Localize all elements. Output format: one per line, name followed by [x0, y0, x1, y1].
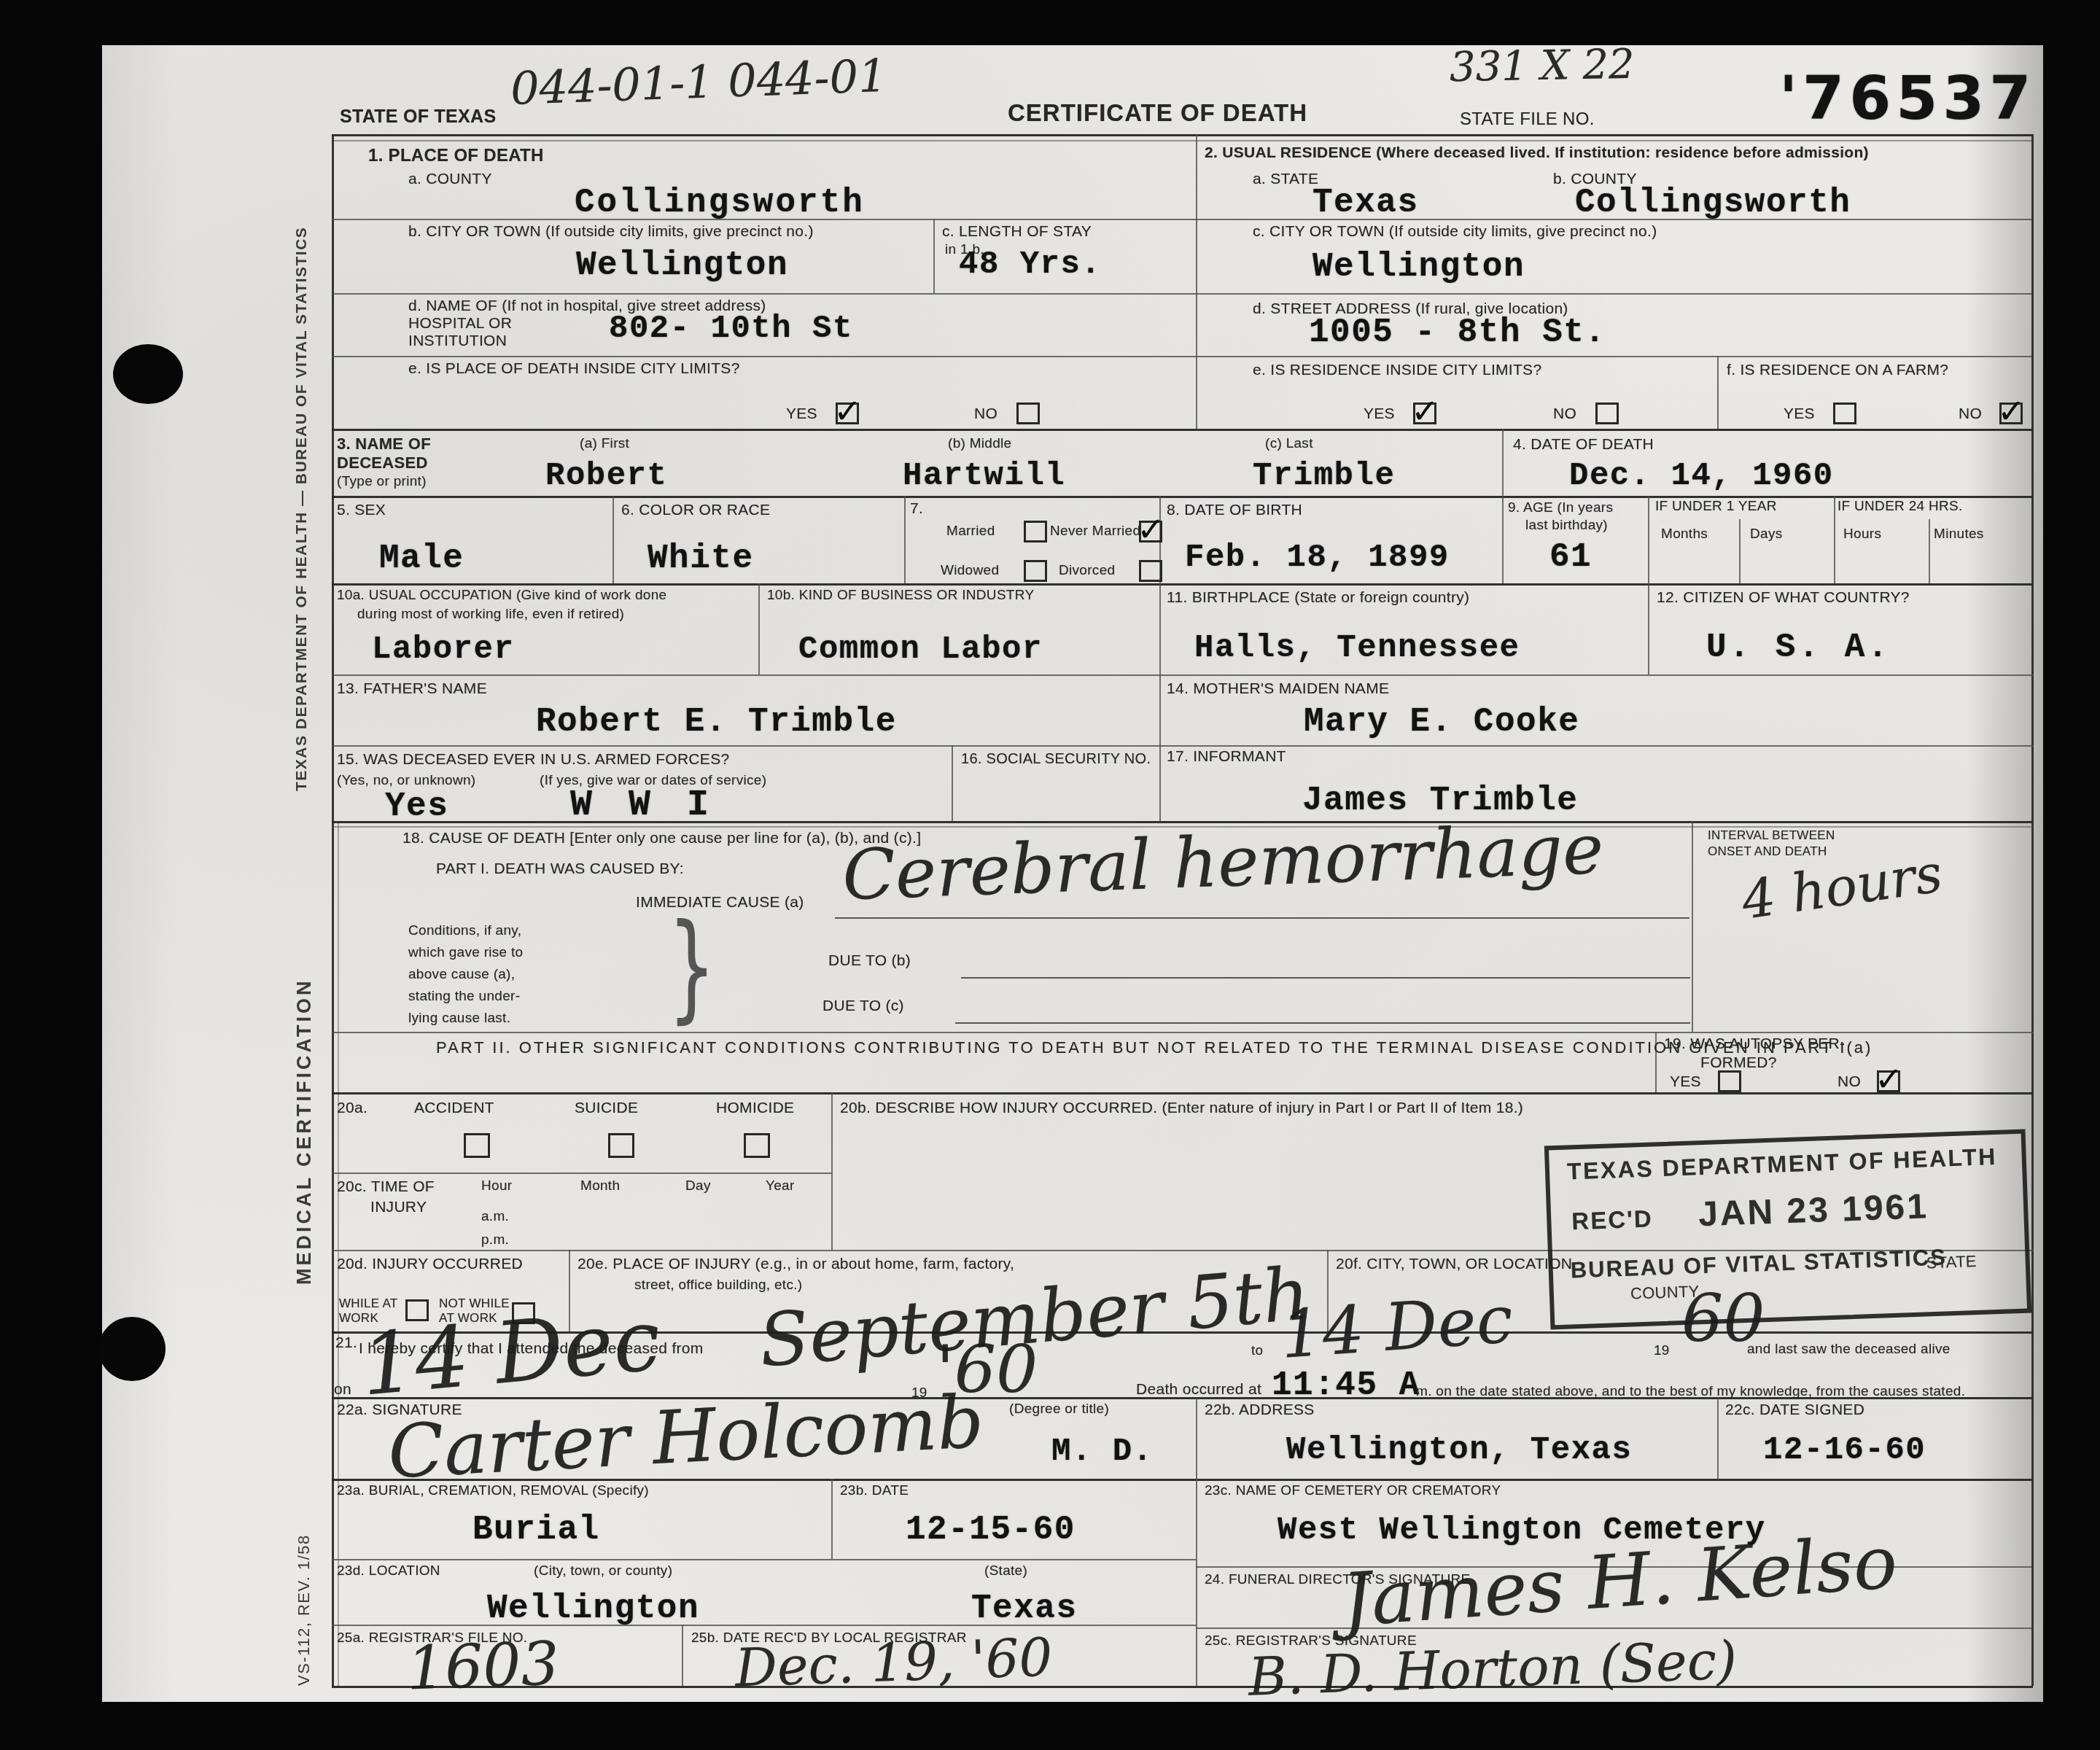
conditions-note-4: stating the under- — [408, 989, 520, 1005]
div — [1159, 674, 1161, 745]
field-1d-label-2: HOSPITAL OR — [408, 315, 512, 332]
certify-text-1b: and last saw the deceased alive — [1747, 1342, 1951, 1358]
div — [1929, 519, 1930, 583]
field-1a-label: a. COUNTY — [408, 171, 492, 188]
field-20a-accident-label: ACCIDENT — [414, 1100, 494, 1117]
div — [682, 1625, 683, 1686]
field-4-label: 4. DATE OF DEATH — [1513, 436, 1654, 454]
stamp-line-1: TEXAS DEPARTMENT OF HEALTH — [1566, 1143, 1997, 1186]
field-2e-no-label: NO — [1553, 405, 1576, 423]
state-of-texas-label: STATE OF TEXAS — [340, 106, 496, 128]
field-3b-value: Hartwill — [903, 458, 1065, 494]
field-3c-value: Trimble — [1253, 458, 1395, 494]
rule — [1196, 1627, 2031, 1629]
conditions-note-5: lying cause last. — [408, 1011, 510, 1027]
field-3-title-2: DECEASED — [337, 454, 428, 472]
field-16-label: 16. SOCIAL SECURITY NO. — [961, 751, 1151, 768]
field-2f-label: f. IS RESIDENCE ON A FARM? — [1727, 362, 1948, 379]
field-6-value: White — [647, 540, 754, 577]
div — [1196, 1479, 1197, 1686]
field-19-label-2: FORMED? — [1700, 1054, 1777, 1072]
field-20c-pm-label: p.m. — [481, 1232, 509, 1248]
div — [612, 496, 614, 583]
field-18-part1-label: PART I. DEATH WAS CAUSED BY: — [436, 860, 684, 878]
field-19-no-label: NO — [1837, 1073, 1861, 1091]
div — [1648, 583, 1649, 674]
punch-hole-top — [113, 344, 183, 404]
field-20e-label-1: 20e. PLACE OF INJURY (e.g., in or about … — [577, 1256, 1014, 1273]
punch-hole-bottom — [98, 1317, 166, 1381]
stamp-date: JAN 23 1961 — [1697, 1186, 1929, 1234]
field-25a-value-handwriting: 1603 — [405, 1629, 560, 1703]
scanned-death-certificate: TEXAS DEPARTMENT OF HEALTH — BUREAU OF V… — [0, 0, 2100, 1750]
div — [758, 583, 760, 674]
field-14-value: Mary E. Cooke — [1304, 703, 1579, 741]
field-7-widowed-label: Widowed — [941, 563, 999, 579]
field-2c-label: c. CITY OR TOWN (If outside city limits,… — [1253, 223, 1657, 241]
field-20f-label: 20f. CITY, TOWN, OR LOCATION — [1336, 1256, 1572, 1273]
div — [1502, 429, 1504, 496]
conditions-note-3: above cause (a), — [408, 967, 515, 983]
attended-to-handwriting: 14 Dec — [1278, 1281, 1516, 1374]
field-2b-value: Collingsworth — [1575, 184, 1851, 222]
field-under24-label: IF UNDER 24 HRS. — [1837, 499, 1963, 515]
field-11-label: 11. BIRTHPLACE (State or foreign country… — [1167, 589, 1469, 607]
field-20c-label-2: INJURY — [370, 1199, 427, 1216]
checkbox-never-married — [1139, 521, 1162, 542]
field-23c-label: 23c. NAME OF CEMETERY OR CREMATORY — [1205, 1483, 1501, 1499]
field-2e-label: e. IS RESIDENCE INSIDE CITY LIMITS? — [1253, 362, 1541, 379]
checkbox-1e-yes — [836, 402, 859, 424]
field-hours-label: Hours — [1843, 526, 1881, 542]
field-1c-value: 48 Yrs. — [959, 246, 1101, 283]
field-20d-while-1: WHILE AT — [339, 1296, 398, 1311]
checkbox-2e-no — [1595, 402, 1619, 424]
field-minutes-label: Minutes — [1934, 526, 1984, 542]
checkbox-married — [1024, 521, 1047, 542]
field-2a-value: Texas — [1312, 184, 1419, 222]
field-21-number: 21. — [335, 1334, 357, 1352]
field-3-title-1: 3. NAME OF — [337, 435, 431, 454]
field-18b-label: DUE TO (b) — [828, 952, 911, 970]
field-7-married-label: Married — [946, 524, 995, 540]
field-2-title: 2. USUAL RESIDENCE (Where deceased lived… — [1205, 144, 1869, 162]
border-bottom — [332, 1686, 2033, 1688]
field-7-never-married-label: Never Married — [1050, 524, 1140, 540]
checkbox-2f-yes — [1833, 402, 1856, 424]
field-2f-no-label: NO — [1959, 405, 1982, 423]
field-9-label-2: last birthday) — [1525, 518, 1608, 534]
div — [952, 745, 953, 821]
state-file-number: '76537 — [1779, 64, 2036, 133]
inner-border — [338, 821, 339, 1686]
field-13-label: 13. FATHER'S NAME — [337, 680, 487, 698]
rule — [332, 674, 2033, 676]
field-20a-homicide-label: HOMICIDE — [716, 1100, 794, 1117]
field-1d-label-3: INSTITUTION — [408, 332, 507, 350]
field-23d-sub1: (City, town, or county) — [534, 1563, 672, 1579]
field-1b-label: b. CITY OR TOWN (If outside city limits,… — [408, 223, 814, 241]
div — [1648, 496, 1649, 583]
rule — [332, 134, 2033, 136]
field-1d-value: 802- 10th St — [609, 311, 853, 347]
div — [831, 1479, 833, 1559]
rule — [1196, 356, 2031, 357]
field-2c-value: Wellington — [1312, 248, 1525, 286]
field-9-label-1: 9. AGE (In years — [1508, 500, 1613, 516]
field-1b-value: Wellington — [576, 246, 788, 284]
field-22a-degree-label: (Degree or title) — [1009, 1401, 1109, 1417]
checkbox-2e-yes — [1413, 402, 1436, 424]
field-1-title: 1. PLACE OF DEATH — [368, 146, 544, 166]
conditions-note-1: Conditions, if any, — [408, 923, 521, 939]
field-4-value: Dec. 14, 1960 — [1569, 458, 1834, 494]
field-18c-label: DUE TO (c) — [822, 997, 904, 1015]
field-23a-label: 23a. BURIAL, CREMATION, REMOVAL (Specify… — [337, 1483, 649, 1499]
field-1e-yes-label: YES — [786, 405, 817, 423]
field-17-label: 17. INFORMANT — [1167, 748, 1286, 766]
field-6-label: 6. COLOR OR RACE — [621, 502, 770, 519]
checkbox-autopsy-yes — [1718, 1070, 1741, 1092]
rule — [332, 1032, 2033, 1033]
div — [1834, 496, 1835, 583]
conditions-note-2: which gave rise to — [408, 945, 523, 961]
field-1e-label: e. IS PLACE OF DEATH INSIDE CITY LIMITS? — [408, 360, 740, 378]
field-22c-label: 22c. DATE SIGNED — [1725, 1401, 1864, 1419]
rule — [332, 1092, 2033, 1094]
field-19-label-1: 19. WAS AUTOPSY PER- — [1664, 1035, 1845, 1053]
field-20a-suicide-label: SUICIDE — [575, 1100, 638, 1117]
field-2e-yes-label: YES — [1364, 405, 1395, 423]
field-10b-label: 10b. KIND OF BUSINESS OR INDUSTRY — [767, 588, 1034, 604]
checkbox-divorced — [1139, 560, 1162, 582]
checkbox-homicide — [744, 1133, 770, 1158]
interval-label-1: INTERVAL BETWEEN — [1708, 828, 1835, 843]
field-months-label: Months — [1661, 526, 1708, 542]
div — [904, 496, 906, 583]
checkbox-accident — [464, 1133, 490, 1158]
field-5-label: 5. SEX — [337, 502, 386, 519]
cause-a-line — [835, 917, 1689, 919]
rule — [1196, 293, 2031, 295]
field-2f-yes-label: YES — [1784, 405, 1815, 423]
field-12-label: 12. CITIZEN OF WHAT COUNTRY? — [1657, 589, 1910, 607]
interval-label-2: ONSET AND DEATH — [1708, 844, 1827, 859]
field-3a-value: Robert — [545, 458, 667, 494]
margin-form-number-text: VS-112, REV. 1/58 — [295, 1534, 314, 1686]
field-10a-label-2: during most of working life, even if ret… — [357, 607, 624, 623]
div — [1196, 134, 1197, 429]
field-15-label: 15. WAS DECEASED EVER IN U.S. ARMED FORC… — [337, 751, 729, 769]
field-1a-value: Collingsworth — [575, 184, 865, 222]
field-23d-sub2: (State) — [984, 1563, 1027, 1579]
field-20c-month-label: Month — [580, 1178, 620, 1194]
field-20c-hour-label: Hour — [481, 1178, 512, 1194]
received-stamp: TEXAS DEPARTMENT OF HEALTH REC'D JAN 23 … — [1544, 1129, 2031, 1330]
rule — [332, 496, 2033, 498]
stamp-line-3: BUREAU OF VITAL STATISTICS — [1570, 1244, 1947, 1283]
rule — [332, 293, 1196, 295]
field-10a-value: Laborer — [372, 631, 514, 668]
field-8-value: Feb. 18, 1899 — [1185, 540, 1450, 576]
field-20c-year-label: Year — [766, 1178, 795, 1194]
border-left — [332, 134, 334, 1686]
field-14-label: 14. MOTHER'S MAIDEN NAME — [1167, 680, 1389, 698]
field-19-yes-label: YES — [1670, 1073, 1701, 1091]
div — [1739, 519, 1741, 583]
border-right — [2031, 134, 2034, 1686]
div — [1159, 583, 1161, 674]
certify-year-prefix-1: 19 — [1654, 1343, 1670, 1359]
field-10a-label-1: 10a. USUAL OCCUPATION (Give kind of work… — [337, 588, 666, 604]
field-22a-degree-value: M. D. — [1051, 1434, 1154, 1470]
rule — [332, 1559, 1196, 1560]
field-days-label: Days — [1750, 526, 1783, 542]
div — [933, 219, 935, 293]
field-3b-label: (b) Middle — [948, 436, 1011, 452]
field-15-sub1: (Yes, no, or unknown) — [337, 773, 475, 789]
field-2a-label: a. STATE — [1253, 171, 1318, 188]
rule — [332, 356, 1196, 357]
field-23b-label: 23b. DATE — [840, 1483, 909, 1499]
field-3a-label: (a) First — [580, 436, 629, 452]
field-1e-no-label: NO — [974, 405, 997, 423]
field-7-divorced-label: Divorced — [1059, 563, 1115, 579]
checkbox-autopsy-no — [1877, 1070, 1900, 1092]
field-18-part2-label: PART II. OTHER SIGNIFICANT CONDITIONS CO… — [436, 1038, 1872, 1057]
rule — [332, 1172, 831, 1174]
rule — [332, 745, 2033, 747]
field-3c-label: (c) Last — [1265, 436, 1313, 452]
field-22b-label: 22b. ADDRESS — [1205, 1401, 1315, 1419]
div — [1692, 821, 1693, 1032]
checkbox-1e-no — [1016, 402, 1040, 424]
field-20d-label: 20d. INJURY OCCURRED — [337, 1256, 523, 1273]
checkbox-suicide — [608, 1133, 634, 1158]
rule — [332, 429, 2033, 431]
div — [1717, 356, 1719, 429]
field-18a-label: IMMEDIATE CAUSE (a) — [636, 894, 804, 911]
handwritten-note: 331 X 22 — [1449, 41, 1635, 91]
field-15-value-2: W W I — [570, 785, 716, 826]
conditions-brace: } — [668, 898, 716, 1035]
rule — [332, 583, 2033, 586]
rule — [332, 140, 2033, 141]
field-20e-label-2: street, office building, etc.) — [634, 1277, 802, 1294]
field-22b-value: Wellington, Texas — [1286, 1432, 1632, 1469]
div — [1717, 1397, 1719, 1479]
checkbox-2f-no — [1999, 402, 2023, 424]
field-1c-label: c. LENGTH OF STAY — [942, 223, 1092, 241]
due-b-line — [961, 977, 1690, 979]
stamp-state-label: STATE — [1926, 1252, 1977, 1272]
field-5-value: Male — [379, 540, 464, 577]
field-25b-value-handwriting: Dec. 19, '60 — [734, 1626, 1054, 1698]
field-12-value: U. S. A. — [1706, 629, 1891, 666]
field-23d-label: 23d. LOCATION — [337, 1563, 440, 1579]
div — [1196, 1397, 1197, 1479]
div — [831, 1092, 833, 1250]
div — [1502, 496, 1504, 583]
death-occurred-label: Death occurred at — [1136, 1381, 1261, 1399]
field-20c-day-label: Day — [685, 1178, 711, 1194]
checkbox-widowed — [1024, 560, 1047, 582]
field-7-label: 7. — [910, 500, 923, 518]
field-20b-label: 20b. DESCRIBE HOW INJURY OCCURRED. (Ente… — [840, 1100, 1523, 1117]
due-c-line — [955, 1022, 1690, 1024]
field-20a-label: 20a. — [337, 1100, 367, 1117]
field-under1-label: IF UNDER 1 YEAR — [1655, 499, 1777, 515]
field-15-value-1: Yes — [385, 787, 448, 825]
field-9-value: 61 — [1549, 538, 1592, 576]
stamp-recd-label: REC'D — [1571, 1205, 1654, 1235]
field-11-value: Halls, Tennessee — [1194, 630, 1520, 666]
div — [1159, 745, 1161, 821]
field-8-label: 8. DATE OF BIRTH — [1167, 502, 1302, 519]
certify-on-label: on — [334, 1381, 351, 1399]
field-23d-value-2: Texas — [971, 1590, 1078, 1627]
certify-text-2: m. on the date stated above, and to the … — [1416, 1384, 1965, 1400]
field-23d-value-1: Wellington — [487, 1590, 699, 1627]
field-20c-am-label: a.m. — [481, 1209, 509, 1225]
time-of-death-value: 11:45 A — [1272, 1366, 1420, 1404]
certify-to-label: to — [1251, 1343, 1263, 1359]
field-2d-value: 1005 - 8th St. — [1309, 314, 1606, 351]
field-3-title-3: (Type or print) — [337, 474, 427, 490]
field-10b-value: Common Labor — [798, 631, 1043, 668]
field-13-value: Robert E. Trimble — [536, 703, 897, 741]
field-23b-value: 12-15-60 — [906, 1511, 1076, 1549]
state-file-no-label: STATE FILE NO. — [1460, 109, 1595, 130]
field-22c-value: 12-16-60 — [1763, 1432, 1926, 1469]
margin-medical-certification-text: MEDICAL CERTIFICATION — [293, 979, 316, 1286]
field-23a-value: Burial — [472, 1511, 600, 1549]
margin-agency-text: TEXAS DEPARTMENT OF HEALTH — BUREAU OF V… — [293, 227, 311, 791]
field-20c-label-1: 20c. TIME OF — [337, 1178, 435, 1196]
certificate-title: CERTIFICATE OF DEATH — [1008, 99, 1307, 127]
